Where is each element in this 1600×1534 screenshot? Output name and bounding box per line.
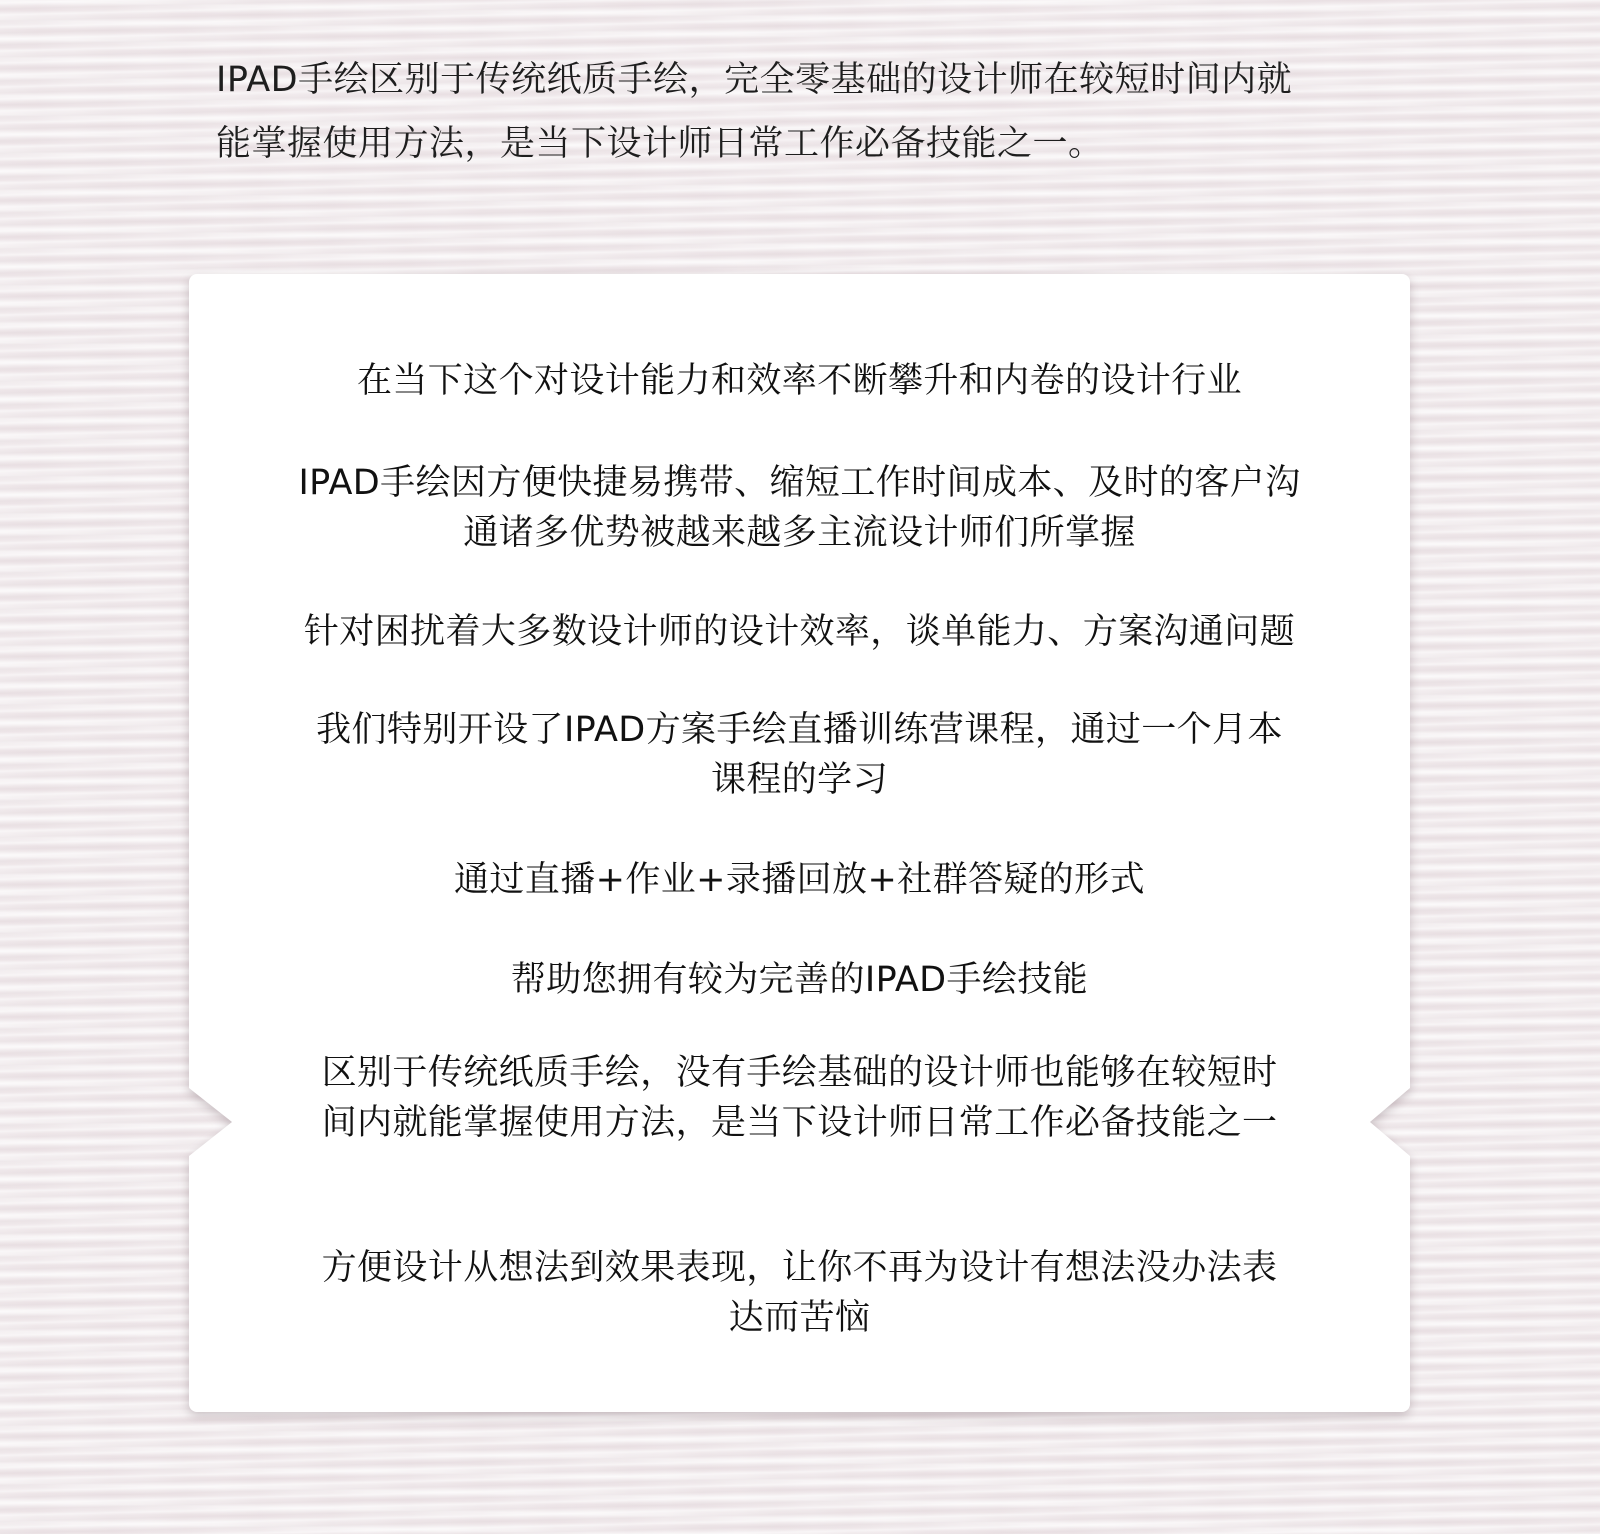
card-line: 我们特别开设了IPAD方案手绘直播训练营课程，通过一个月本 — [249, 705, 1350, 755]
card-line: IPAD手绘因方便快捷易携带、缩短工作时间成本、及时的客户沟 — [249, 458, 1350, 508]
card-paragraph-6: 帮助您拥有较为完善的IPAD手绘技能 — [249, 955, 1350, 1005]
card-paragraph-1: 在当下这个对设计能力和效率不断攀升和内卷的设计行业 — [249, 356, 1350, 406]
card-line: 帮助您拥有较为完善的IPAD手绘技能 — [249, 955, 1350, 1005]
card-line: 方便设计从想法到效果表现，让你不再为设计有想法没办法表 — [249, 1243, 1350, 1293]
intro-line-1: IPAD手绘区别于传统纸质手绘，完全零基础的设计师在较短时间内就 — [216, 48, 1396, 112]
card-line: 达而苦恼 — [249, 1293, 1350, 1343]
card-paragraph-7: 区别于传统纸质手绘，没有手绘基础的设计师也能够在较短时 间内就能掌握使用方法，是… — [249, 1048, 1350, 1148]
intro-line-2: 能掌握使用方法，是当下设计师日常工作必备技能之一。 — [216, 112, 1396, 176]
card-line: 课程的学习 — [249, 755, 1350, 805]
card-paragraph-8: 方便设计从想法到效果表现，让你不再为设计有想法没办法表 达而苦恼 — [249, 1243, 1350, 1343]
card-line: 区别于传统纸质手绘，没有手绘基础的设计师也能够在较短时 — [249, 1048, 1350, 1098]
card-line: 间内就能掌握使用方法，是当下设计师日常工作必备技能之一 — [249, 1098, 1350, 1148]
intro-paragraph: IPAD手绘区别于传统纸质手绘，完全零基础的设计师在较短时间内就 能掌握使用方法… — [216, 48, 1396, 176]
card-paragraph-3: 针对困扰着大多数设计师的设计效率，谈单能力、方案沟通问题 — [249, 607, 1350, 657]
card-paragraph-4: 我们特别开设了IPAD方案手绘直播训练营课程，通过一个月本 课程的学习 — [249, 705, 1350, 805]
card-paragraph-5: 通过直播+作业+录播回放+社群答疑的形式 — [249, 855, 1350, 905]
card-line: 通过直播+作业+录播回放+社群答疑的形式 — [249, 855, 1350, 905]
card-line: 针对困扰着大多数设计师的设计效率，谈单能力、方案沟通问题 — [249, 607, 1350, 657]
card-content: 在当下这个对设计能力和效率不断攀升和内卷的设计行业 IPAD手绘因方便快捷易携带… — [189, 274, 1410, 1412]
card-line: 通诸多优势被越来越多主流设计师们所掌握 — [249, 508, 1350, 558]
card-paragraph-2: IPAD手绘因方便快捷易携带、缩短工作时间成本、及时的客户沟 通诸多优势被越来越… — [249, 458, 1350, 558]
card-line: 在当下这个对设计能力和效率不断攀升和内卷的设计行业 — [249, 356, 1350, 406]
